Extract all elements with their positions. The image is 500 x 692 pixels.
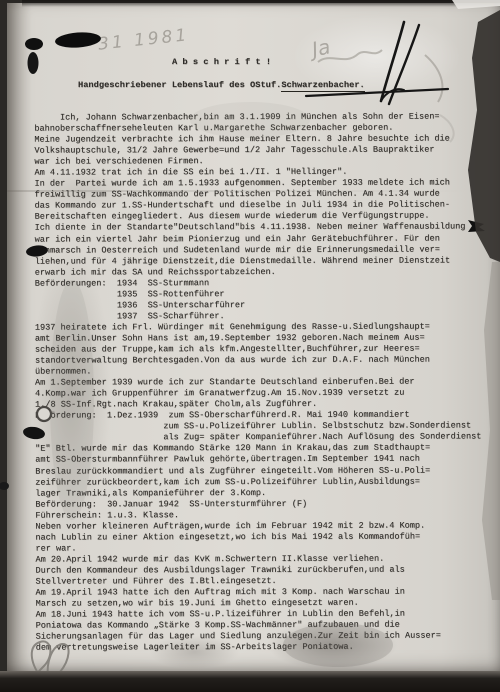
document-text-line: Einmarsch in Oesterreich und Sudetenland…	[35, 244, 485, 256]
copy-label: A b s c h r i f t !	[172, 57, 271, 67]
document-text-line: Breslau zurückkommandiert und als Zugfüh…	[35, 465, 485, 477]
photo-bottom-edge	[0, 671, 500, 692]
document-body-text: Ich, Johann Schwarzenbacher,bin am 3.1.1…	[34, 111, 485, 653]
document-text-line: Ich, Johann Schwarzenbacher,bin am 3.1.1…	[34, 111, 484, 123]
document-text-line: Volkshauptschule, 31/2 Jahre Gewerbe=und…	[34, 145, 484, 157]
photo-top-edge	[22, 0, 500, 7]
document-text-line: dem vertretungsweise Lagerleiter im SS-A…	[36, 642, 486, 654]
document-title-name-underlined: Schwarzenbacher.	[281, 80, 364, 92]
document-text-line: war ich ein viertel Jahr beim Pionierzug…	[35, 233, 485, 245]
document-scan: A b s c h r i f t ! Handgeschriebener Le…	[0, 0, 500, 692]
document-title-prefix: Handgeschriebener Lebenslauf des OStuf.	[78, 80, 281, 90]
document-title: Handgeschriebener Lebenslauf des OStuf.S…	[78, 80, 365, 90]
document-text-line: Neben vorher kleineren Aufträgen,wurde i…	[35, 520, 485, 532]
document-text-line: amt SS-Obersturmbannführer Pawluk gehört…	[35, 454, 485, 466]
document-text-line: nach Lublin zu einer Aktion eingesetzt,w…	[35, 531, 485, 543]
document-text-line: liehen,und für 4 jährige Dienstzeit,die …	[35, 255, 485, 267]
document-text-line: Ich diente in der Standarte"Deutschland"…	[35, 222, 485, 234]
document-text-line: zeiführer zurückbeordert,kam ich zum SS-…	[35, 476, 485, 488]
document-text-line: standortverwaltung Berchtesgaden.Von da …	[35, 354, 485, 366]
